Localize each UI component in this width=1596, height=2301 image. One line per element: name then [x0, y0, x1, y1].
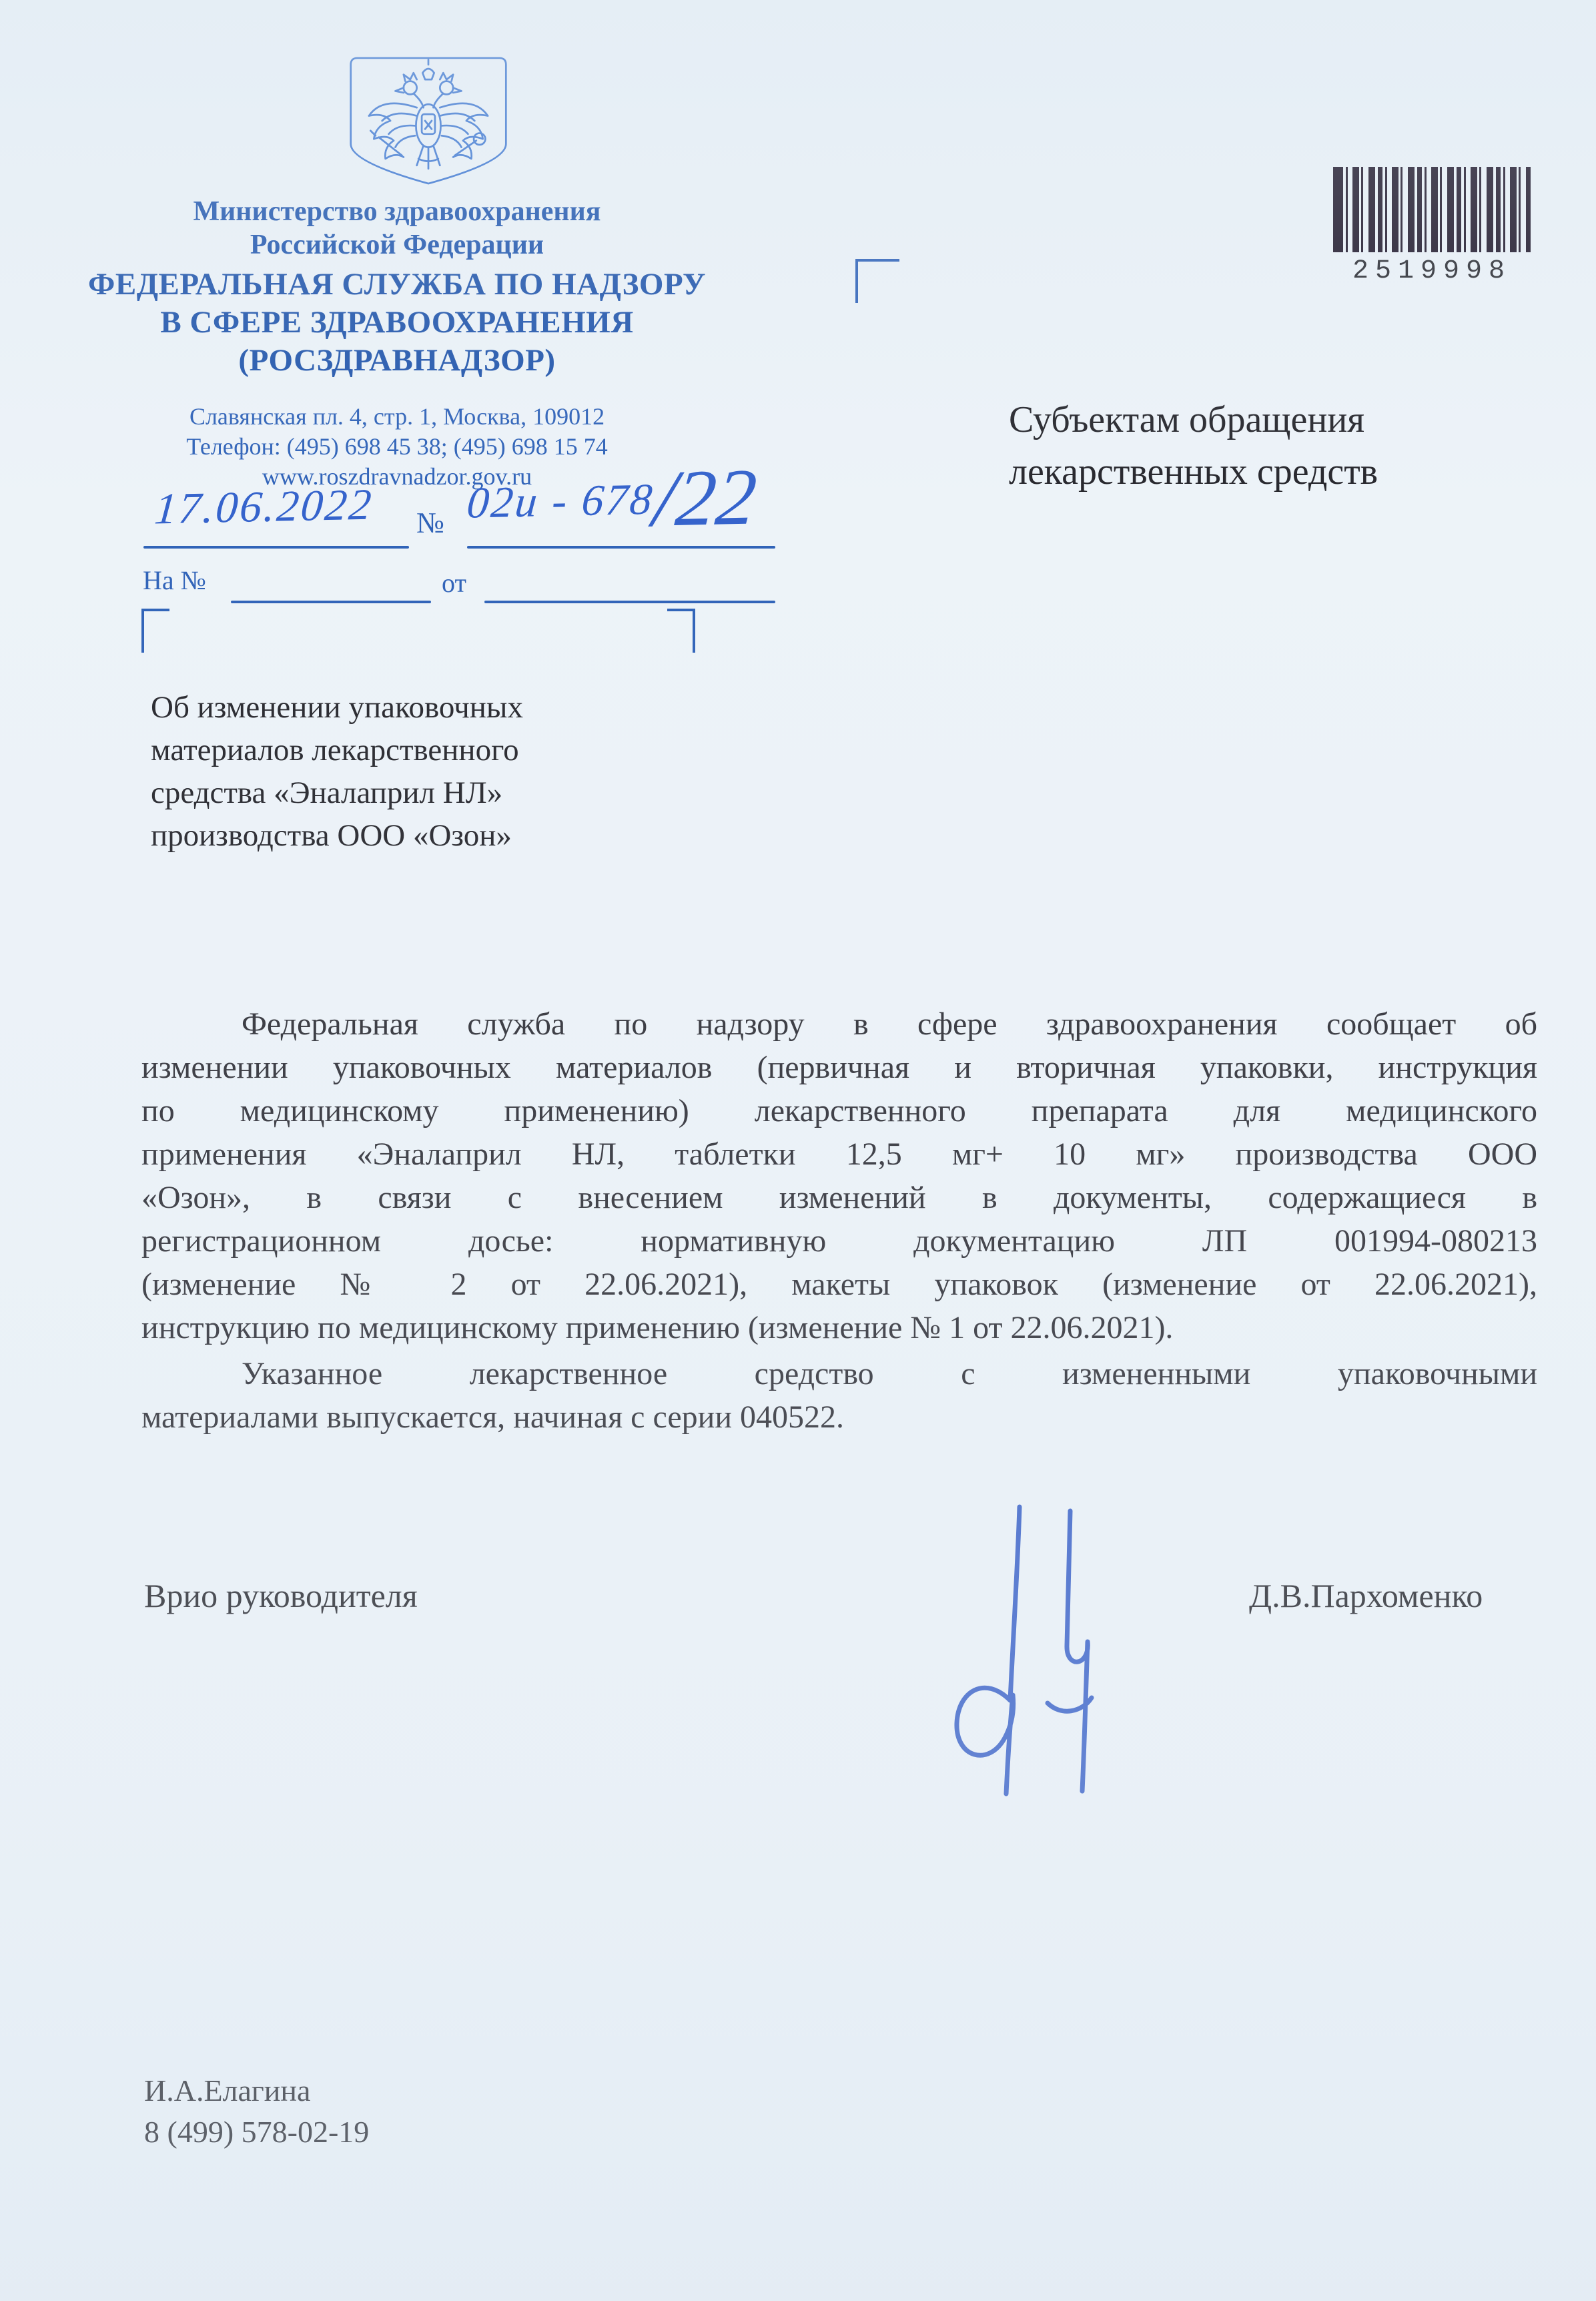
ministry-line2: Российской Федерации: [60, 228, 734, 262]
addressee-line1: Субъектам обращения: [1009, 394, 1378, 446]
body-paragraph-2: Указанное лекарственное средство с измен…: [141, 1352, 1537, 1439]
addressee-corner-mark: [855, 259, 899, 303]
subject-line1: Об изменении упаковочных: [151, 686, 523, 729]
handwritten-signature-icon: [919, 1503, 1120, 1796]
subject-corner-mark-left: [141, 609, 169, 653]
outgoing-number-suffix: /22: [651, 452, 761, 543]
reply-number-blank-underline: [231, 601, 431, 603]
reply-date-label: от: [442, 567, 466, 599]
body-line: Указанное лекарственное средство с измен…: [141, 1352, 1537, 1395]
scanned-letter-page: Министерство здравоохранения Российской …: [0, 0, 1596, 2301]
number-underline: [467, 546, 775, 549]
executor-phone: 8 (499) 578-02-19: [144, 2111, 369, 2153]
signer-name: Д.В.Пархоменко: [1249, 1576, 1483, 1615]
barcode-number: 2519998: [1333, 256, 1531, 286]
service-name: ФЕДЕРАЛЬНАЯ СЛУЖБА ПО НАДЗОРУ В СФЕРЕ ЗД…: [60, 266, 734, 380]
signer-position-title: Врио руководителя: [144, 1576, 418, 1615]
body-line: применения «Эналаприл НЛ, таблетки 12,5 …: [141, 1132, 1537, 1176]
service-line2: В СФЕРЕ ЗДРАВООХРАНЕНИЯ: [60, 304, 734, 342]
subject-block: Об изменении упаковочных материалов лека…: [151, 686, 523, 857]
reply-date-blank-underline: [484, 601, 775, 603]
body-line: изменении упаковочных материалов (первич…: [141, 1046, 1537, 1089]
phone-numbers: Телефон: (495) 698 45 38; (495) 698 15 7…: [60, 432, 734, 462]
executor-name: И.А.Елагина: [144, 2070, 369, 2111]
executor-block: И.А.Елагина 8 (499) 578-02-19: [144, 2070, 369, 2153]
body-line: инструкцию по медицинскому применению (и…: [141, 1306, 1537, 1349]
reply-number-label: На №: [143, 565, 206, 596]
body-line: «Озон», в связи с внесением изменений в …: [141, 1176, 1537, 1219]
body-paragraph-1: Федеральная служба по надзору в сфере зд…: [141, 1002, 1537, 1349]
registration-barcode: 2519998: [1333, 167, 1531, 286]
postal-address: Славянская пл. 4, стр. 1, Москва, 109012: [60, 402, 734, 432]
body-line: материалами выпускается, начиная с серии…: [141, 1395, 1537, 1439]
barcode-bars-icon: [1333, 167, 1531, 252]
body-line: регистрационном досье: нормативную докум…: [141, 1219, 1537, 1263]
ministry-name: Министерство здравоохранения Российской …: [60, 195, 734, 262]
service-line3: (РОСЗДРАВНАДЗОР): [60, 342, 734, 380]
date-underline: [143, 546, 409, 549]
subject-line4: производства ООО «Озон»: [151, 814, 523, 857]
outgoing-number-main: 02и - 678: [465, 475, 656, 528]
addressee-line2: лекарственных средств: [1009, 446, 1378, 498]
body-line: Федеральная служба по надзору в сфере зд…: [141, 1002, 1537, 1046]
russia-coat-of-arms-icon: [344, 55, 512, 187]
number-sign: №: [416, 506, 444, 540]
body-line: (изменение № 2 от 22.06.2021), макеты уп…: [141, 1263, 1537, 1306]
subject-line3: средства «Эналаприл НЛ»: [151, 771, 523, 814]
body-line: по медицинскому применению) лекарственно…: [141, 1089, 1537, 1132]
ministry-line1: Министерство здравоохранения: [60, 195, 734, 228]
handwritten-date: 17.06.2022: [153, 480, 375, 535]
letter-body: Федеральная служба по надзору в сфере зд…: [141, 1002, 1537, 1439]
handwritten-outgoing-number: 02и - 678/22: [465, 472, 759, 529]
subject-line2: материалов лекарственного: [151, 729, 523, 771]
service-line1: ФЕДЕРАЛЬНАЯ СЛУЖБА ПО НАДЗОРУ: [60, 266, 734, 304]
addressee-block: Субъектам обращения лекарственных средст…: [1009, 394, 1378, 498]
subject-corner-mark-right: [667, 609, 695, 653]
